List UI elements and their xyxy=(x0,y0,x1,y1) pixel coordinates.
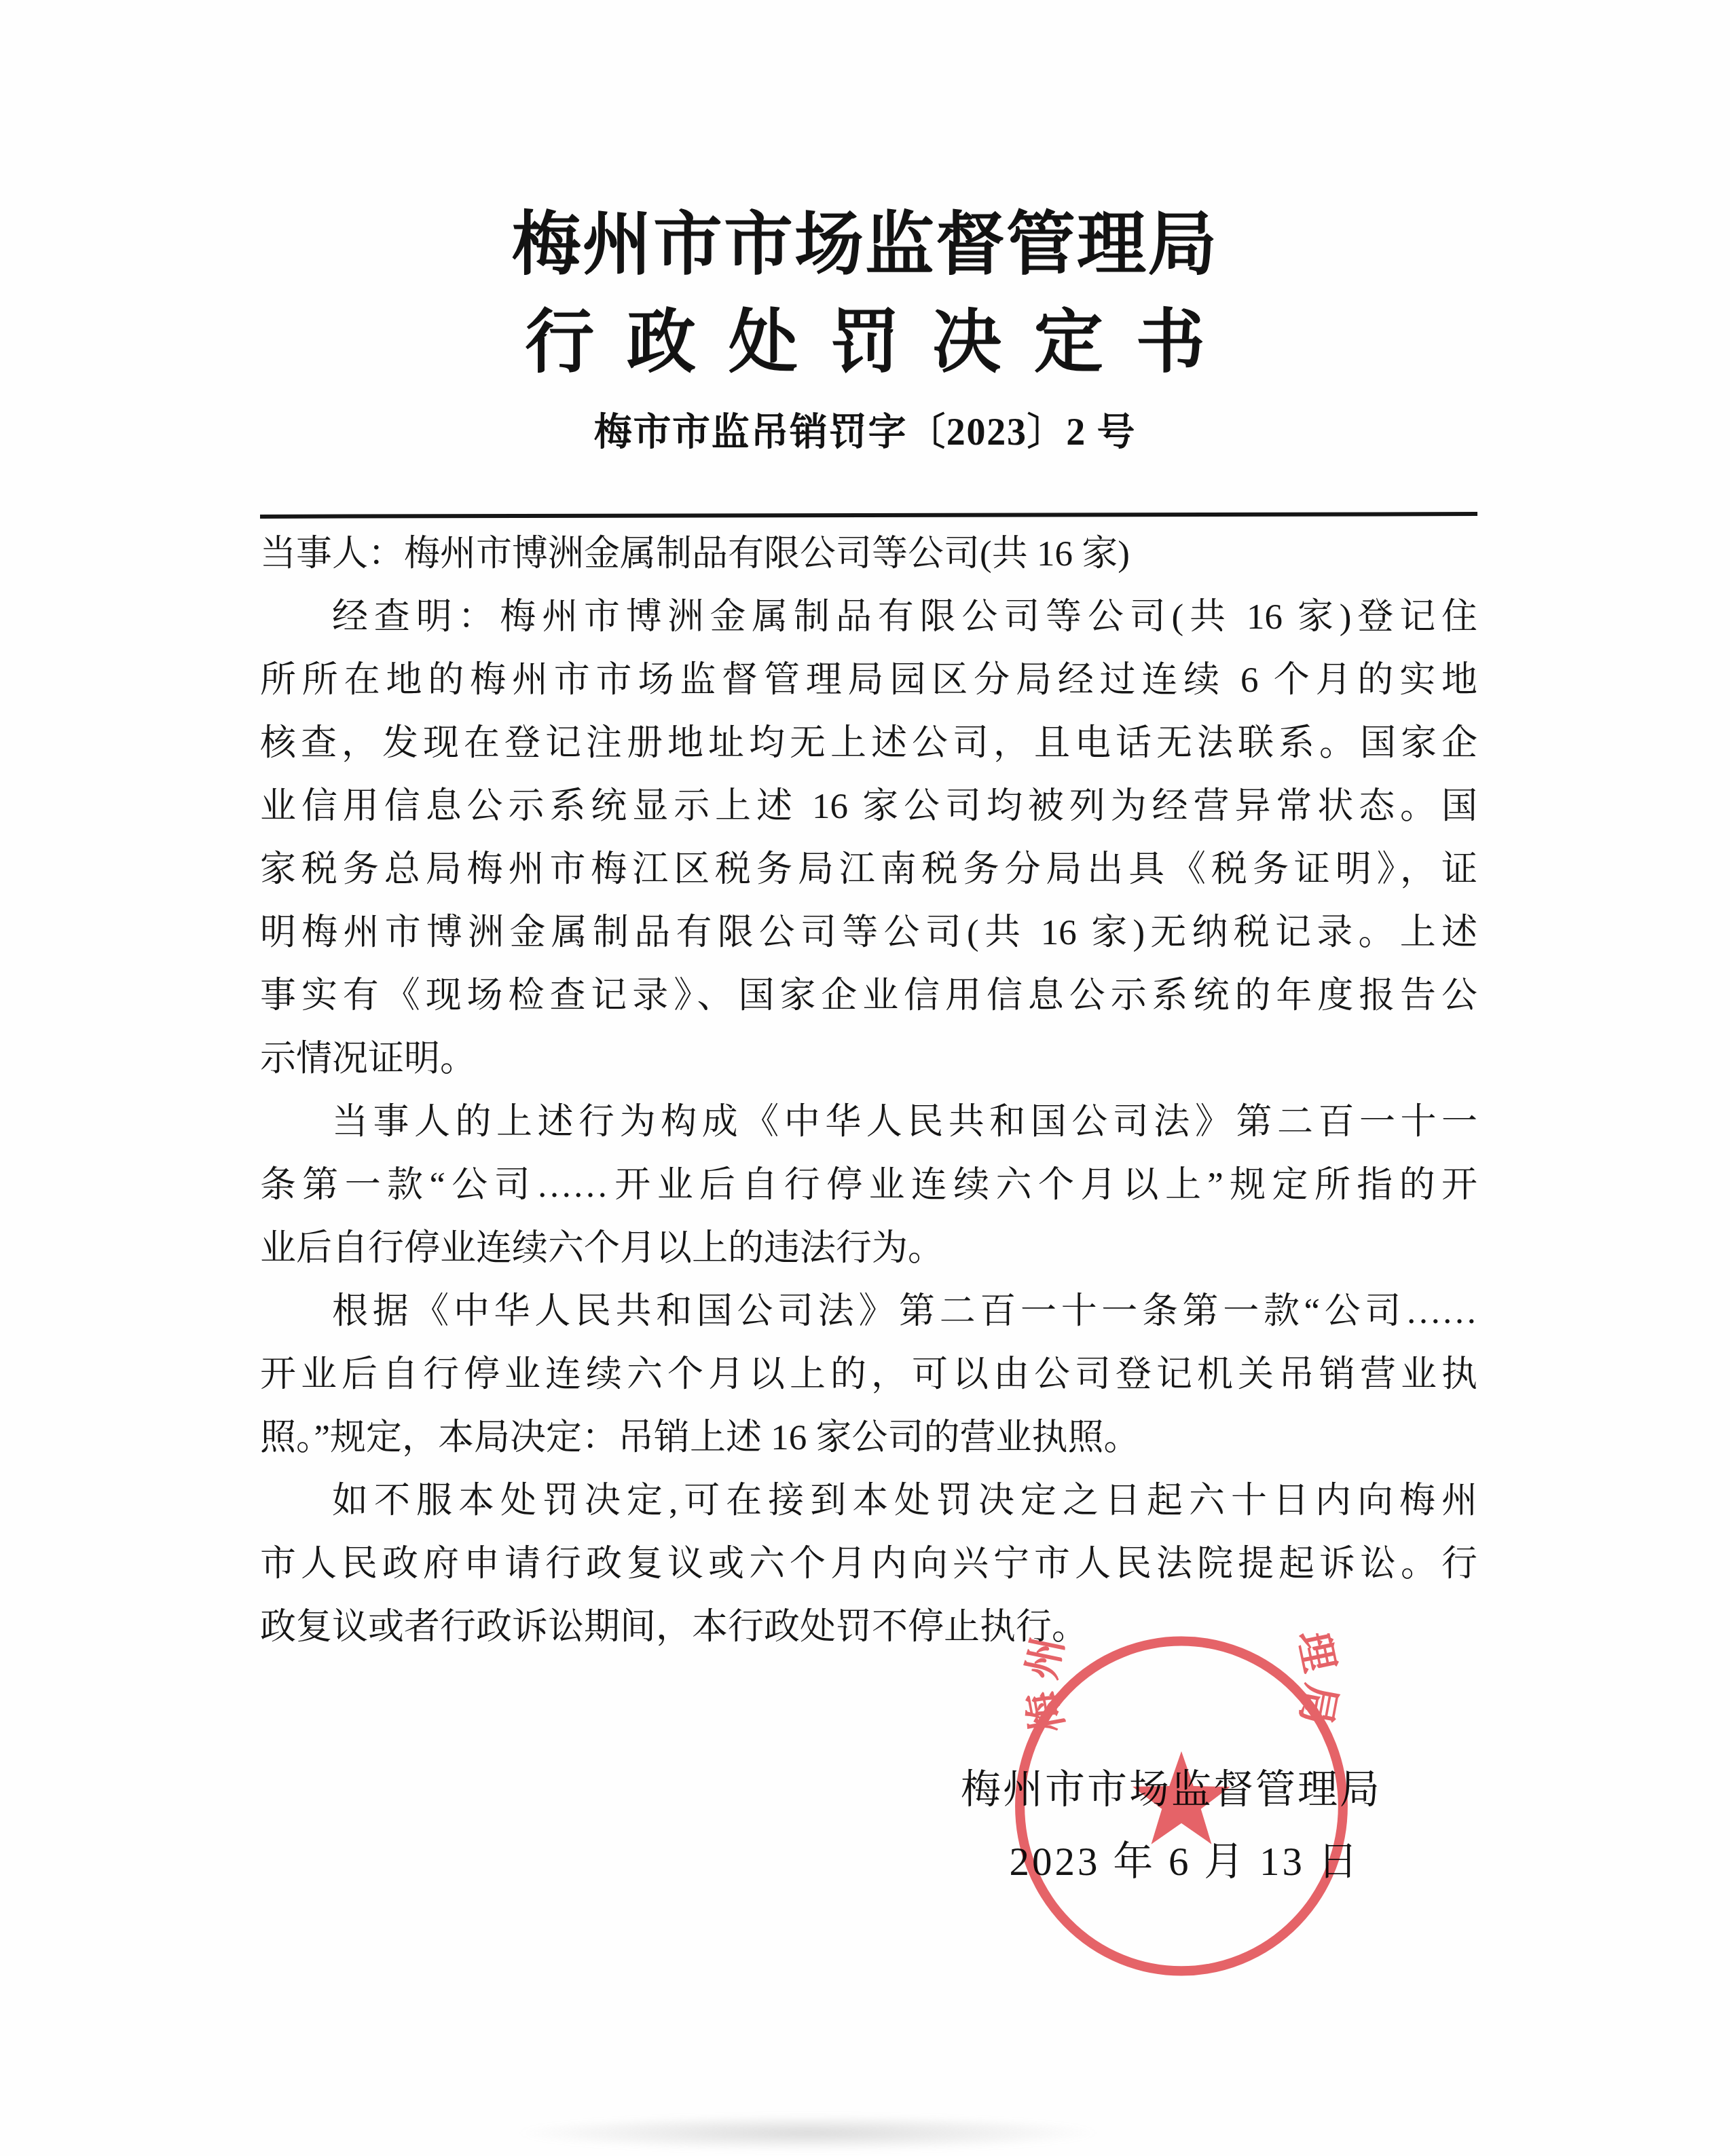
body-line: 当事人的上述行为构成《中华人民共和国公司法》第二百一十一 xyxy=(260,1091,1477,1154)
body-line: 事实有《现场检查记录》、国家企业信用信息公示系统的年度报告公 xyxy=(260,965,1477,1028)
body-line: 条第一款“公司……开业后自行停业连续六个月以上”规定所指的开 xyxy=(260,1154,1477,1217)
document-page: 梅州市市场监督管理局 行政处罚决定书 梅市市监吊销罚字〔2023〕2 号 当事人… xyxy=(0,0,1730,2156)
body-line: 经查明：梅州市博洲金属制品有限公司等公司(共 16 家)登记住 xyxy=(260,586,1477,649)
body-line: 开业后自行停业连续六个月以上的，可以由公司登记机关吊销营业执 xyxy=(260,1343,1477,1407)
document-title: 梅州市市场监督管理局 xyxy=(0,201,1730,291)
body-line: 明梅州市博洲金属制品有限公司等公司(共 16 家)无纳税记录。上述 xyxy=(260,902,1477,965)
document-subtitle-row: 行政处罚决定书 xyxy=(0,299,1730,389)
divider-line xyxy=(260,512,1477,519)
body-line: 市人民政府申请行政复议或六个月内向兴宁市人民法院提起诉讼。行 xyxy=(260,1533,1477,1596)
body-line: 业信用信息公示系统显示上述 16 家公司均被列为经营异常状态。国 xyxy=(260,775,1477,838)
body-line: 如不服本处罚决定,可在接到本处罚决定之日起六十日内向梅州 xyxy=(260,1470,1477,1533)
body-line: 照。”规定，本局决定：吊销上述 16 家公司的营业执照。 xyxy=(260,1407,1477,1470)
body-line: 示情况证明。 xyxy=(260,1028,1477,1091)
body-line: 家税务总局梅州市梅江区税务局江南税务分局出具《税务证明》，证 xyxy=(260,838,1477,902)
body-line: 当事人：梅州市博洲金属制品有限公司等公司(共 16 家) xyxy=(260,523,1477,586)
body-line: 业后自行停业连续六个月以上的违法行为。 xyxy=(260,1217,1477,1280)
body-line: 核查，发现在登记注册地址均无上述公司，且电话无法联系。国家企 xyxy=(260,712,1477,775)
official-seal-stamp: 梅州市市场监督管理局 xyxy=(1010,1633,1352,1980)
body-line: 所所在地的梅州市市场监督管理局园区分局经过连续 6 个月的实地 xyxy=(260,649,1477,712)
body-text: 当事人：梅州市博洲金属制品有限公司等公司(共 16 家) 经查明：梅州市博洲金属… xyxy=(260,523,1477,1659)
star-icon xyxy=(1133,1751,1230,1844)
document-subtitle: 行政处罚决定书 xyxy=(525,305,1238,382)
body-line: 根据《中华人民共和国公司法》第二百一十一条第一款“公司…… xyxy=(260,1280,1477,1343)
scan-smudge xyxy=(435,2110,1181,2156)
document-number: 梅市市监吊销罚字〔2023〕2 号 xyxy=(0,402,1730,456)
